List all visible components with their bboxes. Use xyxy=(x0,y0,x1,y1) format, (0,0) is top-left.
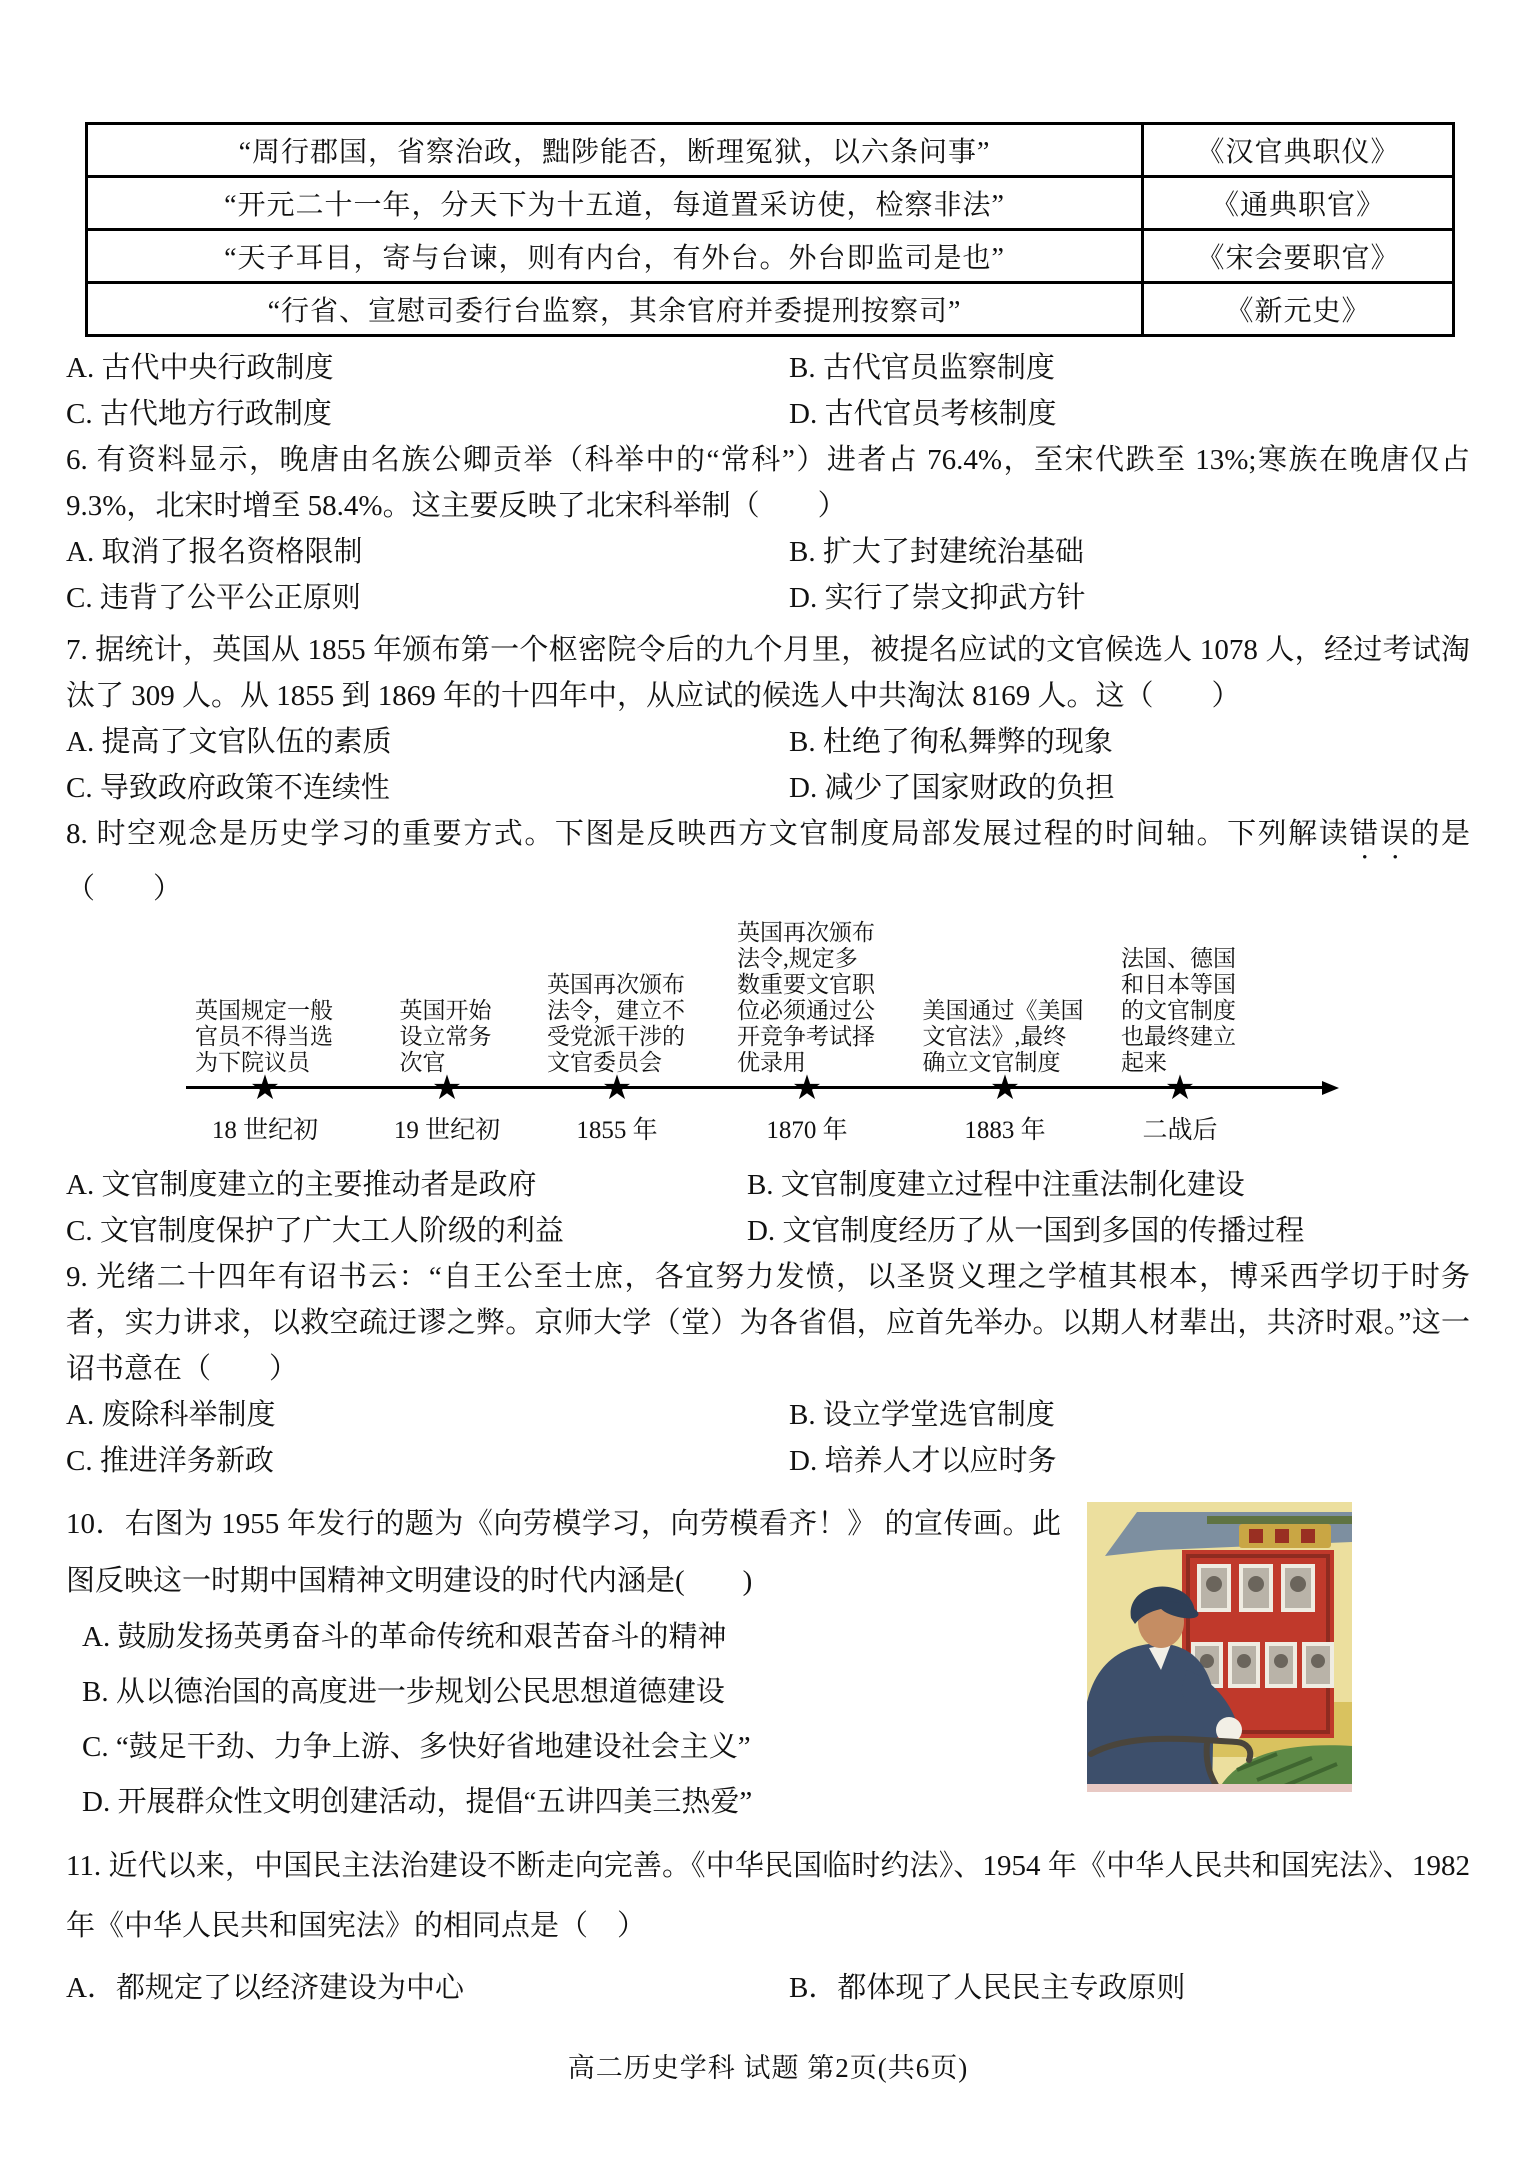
timeline-event-6: 法国、德国和日本等国的文官制度也最终建立起来 ★ 二战后 xyxy=(1121,912,1239,1162)
q6-option-c: C. 违背了公平公正原则 xyxy=(66,575,789,621)
q8-option-a: A. 文官制度建立的主要推动者是政府 xyxy=(66,1162,747,1208)
timeline-event-3: 英国再次颁布法令，建立不受党派干涉的文官委员会 ★ 1855 年 xyxy=(547,912,687,1162)
portrait-head xyxy=(1248,1576,1264,1592)
q8-option-d: D. 文官制度经历了从一国到多国的传播过程 xyxy=(747,1208,1304,1254)
portrait-head xyxy=(1311,1654,1325,1668)
q6-options-row-1: A. 取消了报名资格限制 B. 扩大了封建统治基础 xyxy=(66,529,1470,575)
quote-cell: “开元二十一年，分天下为十五道，每道置采访使，检察非法” xyxy=(87,177,1143,230)
q7-options-row-1: A. 提高了文官队伍的素质 B. 杜绝了徇私舞弊的现象 xyxy=(66,719,1470,765)
q8-stem: 8. 时空观念是历史学习的重要方式。下图是反映西方文官制度局部发展过程的时间轴。… xyxy=(66,811,1470,912)
poster-portrait-row-1 xyxy=(1197,1564,1315,1612)
question-10: 10．右图为 1955 年发行的题为《向劳模学习，向劳模看齐！》 的宣传画。此图… xyxy=(66,1496,1470,1830)
q8-emphasized-text: 错误 xyxy=(1349,818,1410,850)
timeline-arrow-icon xyxy=(1322,1081,1339,1095)
q8-options-row-1: A. 文官制度建立的主要推动者是政府 B. 文官制度建立过程中注重法制化建设 xyxy=(66,1162,1470,1208)
timeline-event-1: 英国规定一般官员不得当选为下院议员 ★ 18 世纪初 xyxy=(195,912,335,1162)
q9-options-row-2: C. 推进洋务新政 D. 培养人才以应时务 xyxy=(66,1438,1470,1484)
q11-option-a: A．都规定了以经济建设为中心 xyxy=(66,1958,789,2018)
timeline-event-date: 1870 年 xyxy=(692,1110,922,1146)
q9-option-a: A. 废除科举制度 xyxy=(66,1392,789,1438)
source-cell: 《宋会要职官》 xyxy=(1143,230,1454,283)
poster-plaque-character xyxy=(1275,1529,1289,1543)
question-5-options: A. 古代中央行政制度 B. 古代官员监察制度 C. 古代地方行政制度 D. 古… xyxy=(66,345,1470,437)
labor-model-poster-image xyxy=(1087,1502,1352,1792)
star-marker-icon: ★ xyxy=(250,1072,280,1106)
table-row: “行省、宣慰司委行台监察，其余官府并委提刑按察司” 《新元史》 xyxy=(87,283,1454,336)
q5-options-row-1: A. 古代中央行政制度 B. 古代官员监察制度 xyxy=(66,345,1470,391)
portrait-head xyxy=(1206,1576,1222,1592)
q8-option-b: B. 文官制度建立过程中注重法制化建设 xyxy=(747,1162,1245,1208)
q11-option-b: B．都体现了人民民主专政原则 xyxy=(789,1958,1185,2018)
timeline-event-label: 英国再次颁布法令,规定多数重要文官职位必须通过公开竞争考试择优录用 xyxy=(737,920,877,1076)
q6-option-b: B. 扩大了封建统治基础 xyxy=(789,529,1084,575)
poster-roof-trim xyxy=(1207,1516,1352,1524)
q8-stem-text: 8. 时空观念是历史学习的重要方式。下图是反映西方文官制度局部发展过程的时间轴。… xyxy=(66,818,1349,850)
timeline-event-label: 英国开始设立常务次官 xyxy=(400,998,495,1076)
q5-option-b: B. 古代官员监察制度 xyxy=(789,345,1055,391)
quote-cell: “行省、宣慰司委行台监察，其余官府并委提刑按察司” xyxy=(87,283,1143,336)
star-marker-icon: ★ xyxy=(602,1072,632,1106)
poster-bottom-strip xyxy=(1087,1784,1352,1792)
timeline-event-label: 法国、德国和日本等国的文官制度也最终建立起来 xyxy=(1121,946,1239,1076)
question-6: 6. 有资料显示，晚唐由名族公卿贡举（科举中的“常科”）进者占 76.4%，至宋… xyxy=(66,437,1470,621)
q7-option-d: D. 减少了国家财政的负担 xyxy=(789,765,1114,811)
timeline-event-2: 英国开始设立常务次官 ★ 19 世纪初 xyxy=(400,912,495,1162)
q6-stem: 6. 有资料显示，晚唐由名族公卿贡举（科举中的“常科”）进者占 76.4%，至宋… xyxy=(66,437,1470,529)
quote-cell: “天子耳目，寄与台谏，则有内台，有外台。外台即监司是也” xyxy=(87,230,1143,283)
star-marker-icon: ★ xyxy=(990,1072,1020,1106)
q11-stem: 11. 近代以来，中国民主法治建设不断走向完善。《中华民国临时约法》、1954 … xyxy=(66,1836,1470,1956)
page-footer: 高二历史学科 试题 第2页(共6页) xyxy=(66,2046,1470,2085)
q5-option-d: D. 古代官员考核制度 xyxy=(789,391,1056,437)
timeline-event-label: 美国通过《美国文官法》,最终确立文官制度 xyxy=(923,998,1088,1076)
q5-option-a: A. 古代中央行政制度 xyxy=(66,345,789,391)
q7-option-b: B. 杜绝了徇私舞弊的现象 xyxy=(789,719,1113,765)
poster-plaque-character xyxy=(1301,1529,1315,1543)
q9-option-b: B. 设立学堂选官制度 xyxy=(789,1392,1055,1438)
q5-options-row-2: C. 古代地方行政制度 D. 古代官员考核制度 xyxy=(66,391,1470,437)
q8-option-c: C. 文官制度保护了广大工人阶级的利益 xyxy=(66,1208,747,1254)
q9-option-d: D. 培养人才以应时务 xyxy=(789,1438,1056,1484)
q7-option-a: A. 提高了文官队伍的素质 xyxy=(66,719,789,765)
q9-options-row-1: A. 废除科举制度 B. 设立学堂选官制度 xyxy=(66,1392,1470,1438)
timeline-event-5: 美国通过《美国文官法》,最终确立文官制度 ★ 1883 年 xyxy=(923,912,1088,1162)
timeline-event-label: 英国再次颁布法令，建立不受党派干涉的文官委员会 xyxy=(547,972,687,1076)
question-7: 7. 据统计，英国从 1855 年颁布第一个枢密院令后的九个月里，被提名应试的文… xyxy=(66,627,1470,811)
civil-service-timeline-diagram: 英国规定一般官员不得当选为下院议员 ★ 18 世纪初 英国开始设立常务次官 ★ … xyxy=(66,912,1470,1162)
poster-plaque-character xyxy=(1249,1529,1263,1543)
question-9: 9. 光绪二十四年有诏书云：“自王公至士庶，各宜努力发愤，以圣贤义理之学植其根本… xyxy=(66,1254,1470,1484)
timeline-event-label: 英国规定一般官员不得当选为下院议员 xyxy=(195,998,335,1076)
q8-options-row-2: C. 文官制度保护了广大工人阶级的利益 D. 文官制度经历了从一国到多国的传播过… xyxy=(66,1208,1470,1254)
q6-options-row-2: C. 违背了公平公正原则 D. 实行了崇文抑武方针 xyxy=(66,575,1470,621)
q6-option-d: D. 实行了崇文抑武方针 xyxy=(789,575,1085,621)
portrait-head xyxy=(1274,1654,1288,1668)
q7-stem: 7. 据统计，英国从 1855 年颁布第一个枢密院令后的九个月里，被提名应试的文… xyxy=(66,627,1470,719)
source-cell: 《汉官典职仪》 xyxy=(1143,124,1454,177)
star-marker-icon: ★ xyxy=(792,1072,822,1106)
q9-option-c: C. 推进洋务新政 xyxy=(66,1438,789,1484)
portrait-head xyxy=(1290,1576,1306,1592)
question-8: 8. 时空观念是历史学习的重要方式。下图是反映西方文官制度局部发展过程的时间轴。… xyxy=(66,811,1470,1254)
table-row: “天子耳目，寄与台谏，则有内台，有外台。外台即监司是也” 《宋会要职官》 xyxy=(87,230,1454,283)
exam-page: “周行郡国，省察治政，黜陟能否，断理冤狱，以六条问事” 《汉官典职仪》 “开元二… xyxy=(0,0,1536,2172)
q11-options-row: A．都规定了以经济建设为中心 B．都体现了人民民主专政原则 xyxy=(66,1958,1470,2018)
timeline-event-date: 二战后 xyxy=(1065,1110,1295,1146)
q6-option-a: A. 取消了报名资格限制 xyxy=(66,529,789,575)
timeline-event-4: 英国再次颁布法令,规定多数重要文官职位必须通过公开竞争考试择优录用 ★ 1870… xyxy=(737,912,877,1162)
worker-torso xyxy=(1087,1644,1214,1792)
star-marker-icon: ★ xyxy=(432,1072,462,1106)
source-cell: 《通典职官》 xyxy=(1143,177,1454,230)
q7-option-c: C. 导致政府政策不连续性 xyxy=(66,765,789,811)
table-row: “周行郡国，省察治政，黜陟能否，断理冤狱，以六条问事” 《汉官典职仪》 xyxy=(87,124,1454,177)
q5-option-c: C. 古代地方行政制度 xyxy=(66,391,789,437)
q9-stem: 9. 光绪二十四年有诏书云：“自王公至士庶，各宜努力发愤，以圣贤义理之学植其根本… xyxy=(66,1254,1470,1392)
star-marker-icon: ★ xyxy=(1165,1072,1195,1106)
q7-options-row-2: C. 导致政府政策不连续性 D. 减少了国家财政的负担 xyxy=(66,765,1470,811)
quote-cell: “周行郡国，省察治政，黜陟能否，断理冤狱，以六条问事” xyxy=(87,124,1143,177)
source-quote-table: “周行郡国，省察治政，黜陟能否，断理冤狱，以六条问事” 《汉官典职仪》 “开元二… xyxy=(85,122,1455,337)
table-row: “开元二十一年，分天下为十五道，每道置采访使，检察非法” 《通典职官》 xyxy=(87,177,1454,230)
source-cell: 《新元史》 xyxy=(1143,283,1454,336)
portrait-head xyxy=(1237,1654,1251,1668)
question-11: 11. 近代以来，中国民主法治建设不断走向完善。《中华民国临时约法》、1954 … xyxy=(66,1836,1470,2018)
